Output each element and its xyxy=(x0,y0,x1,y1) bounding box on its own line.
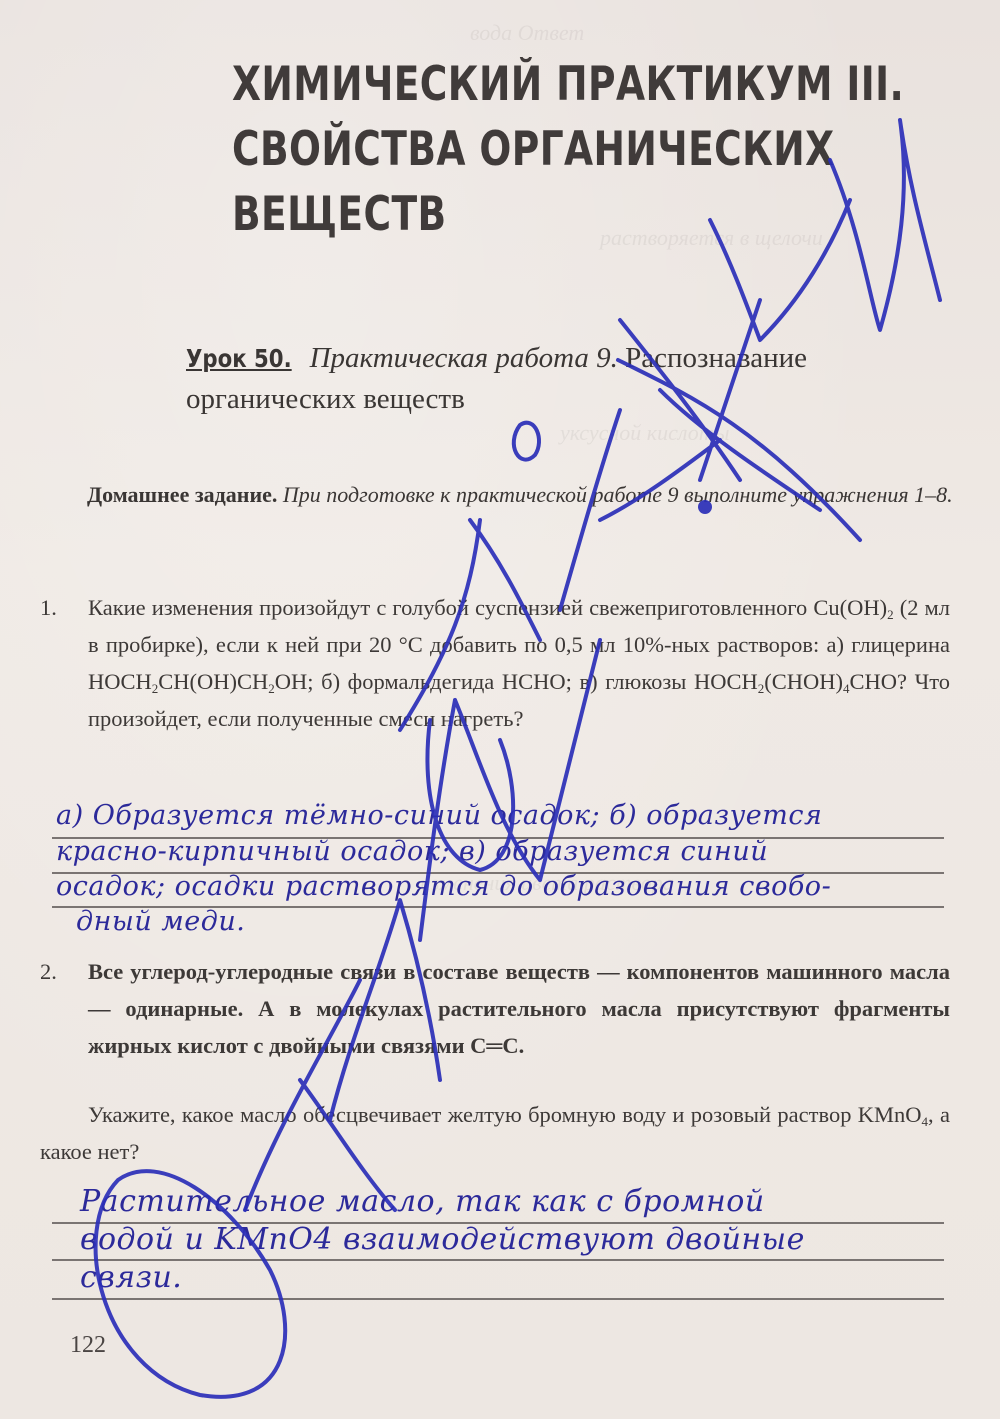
task-text: Какие изменения произойдут с голубой сус… xyxy=(88,589,950,737)
handwritten-answer-line: Растительное масло, так как с бромной xyxy=(80,1184,980,1219)
task-1: 1. Какие изменения произойдут с голубой … xyxy=(40,589,950,737)
page-number: 122 xyxy=(70,1332,106,1359)
handwritten-answer-line: осадок; осадки растворятся до образовани… xyxy=(56,871,956,902)
text-run: (CHOH) xyxy=(764,669,843,694)
handwritten-answer-line: связи. xyxy=(80,1260,980,1295)
task-2-question: Укажите, какое масло обесцвечивает желту… xyxy=(40,1096,950,1170)
homework-label: Домашнее задание. xyxy=(87,482,277,507)
bleed-through-text: вода Ответ xyxy=(470,20,584,46)
task-number: 1. xyxy=(40,589,57,626)
bleed-through-text: уксусной кислоты xyxy=(560,420,729,446)
lesson-title: Распознавание xyxy=(625,342,807,374)
task-number: 2. xyxy=(40,953,57,990)
homework-text: При подготовке к практической работе 9 в… xyxy=(283,482,953,507)
handwritten-answer-line: красно-кирпичный осадок; в) образуется с… xyxy=(56,836,956,867)
lesson-heading: Урок 50. Практическая работа 9. Распозна… xyxy=(186,338,966,419)
handwritten-answer-line: а) Образуется тёмно-синий осадок; б) обр… xyxy=(56,800,956,831)
chapter-title-line: СВОЙСТВА ОРГАНИЧЕСКИХ xyxy=(232,117,824,182)
chapter-title-line: ХИМИЧЕСКИЙ ПРАКТИКУМ III. xyxy=(232,52,824,117)
text-run: Укажите, какое масло обесцвечивает желту… xyxy=(88,1102,922,1127)
handwritten-answer-line: дный меди. xyxy=(76,906,976,937)
text-run: Какие изменения произойдут с голубой сус… xyxy=(88,595,887,620)
chapter-title-line: ВЕЩЕСТВ xyxy=(232,182,824,247)
task-2: 2. Все углерод-углеродные связи в состав… xyxy=(40,953,950,1064)
text-run: CH(OH)CH xyxy=(158,669,268,694)
homework-instruction: Домашнее задание. При подготовке к практ… xyxy=(87,476,957,513)
answer-rule xyxy=(52,1298,944,1300)
lesson-number: Урок 50. xyxy=(186,339,292,379)
chapter-title: ХИМИЧЕСКИЙ ПРАКТИКУМ III. СВОЙСТВА ОРГАН… xyxy=(232,52,824,247)
lesson-type: Практическая работа 9. xyxy=(310,342,618,374)
handwritten-answer-line: водой и KMnO4 взаимодействуют двойные xyxy=(80,1222,980,1257)
task-text: Все углерод-углеродные связи в составе в… xyxy=(88,953,950,1064)
lesson-title: органических веществ xyxy=(186,383,465,415)
text-run: OH; б) формальдегида HCHO; в) глюкозы HO… xyxy=(275,669,758,694)
